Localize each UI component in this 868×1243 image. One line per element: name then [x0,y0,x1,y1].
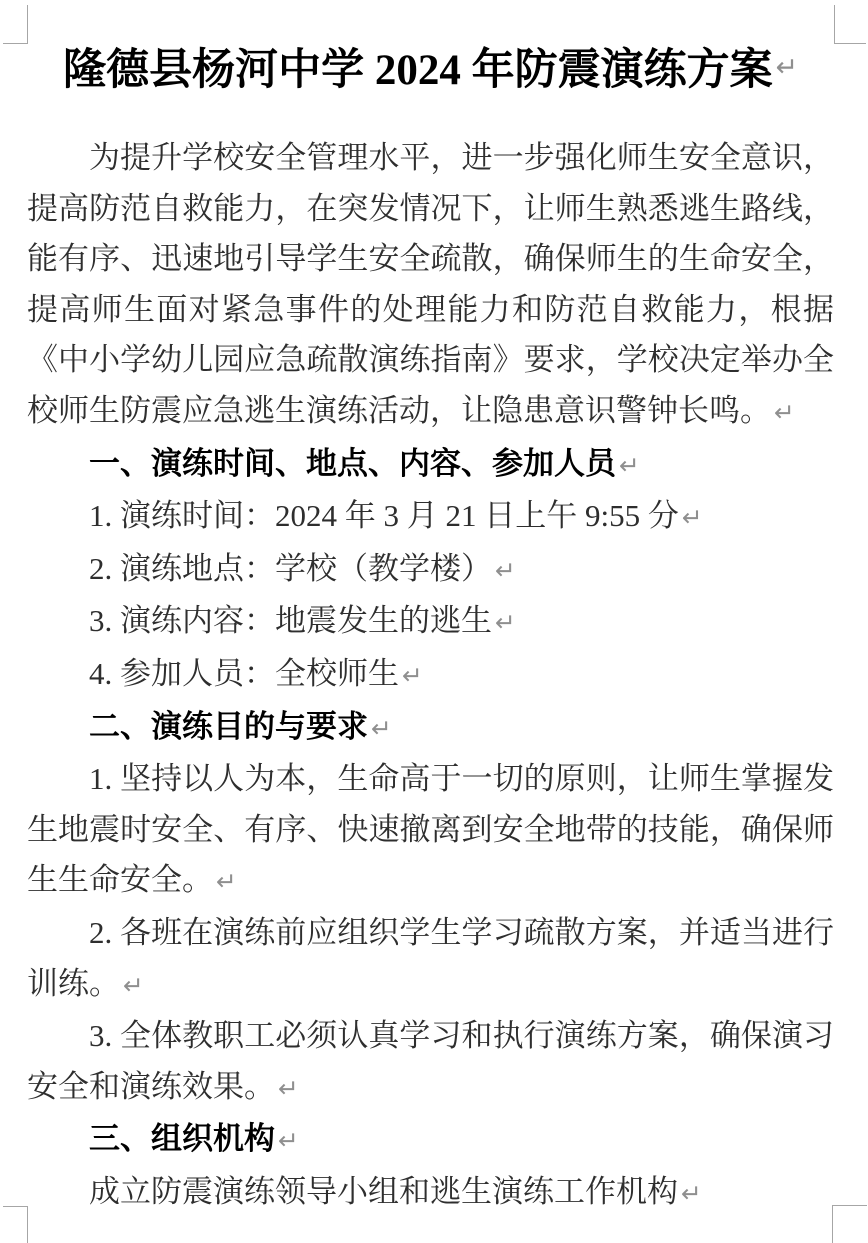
paragraph: 1. 演练时间：2024 年 3 月 21 日上午 9:55 分↵ [27,491,834,544]
document-paragraphs: 为提升学校安全管理水平，进一步强化师生安全意识，提高防范自救能力，在突发情况下，… [27,133,834,1219]
paragraph-text: 4. 参加人员：全校师生 [89,656,399,691]
paragraph-mark-icon: ↵ [774,388,795,439]
paragraph-text: 三、组织机构 [89,1121,275,1156]
margin-crop-mark-bottom-right [832,1205,867,1243]
paragraph-text: 1. 坚持以人为本，生命高于一切的原则，让师生掌握发生地震时安全、有序、快速撤离… [27,761,834,897]
paragraph-text: 为提升学校安全管理水平，进一步强化师生安全意识，提高防范自救能力，在突发情况下，… [27,140,834,428]
document-content: 隆德县杨河中学 2024 年防震演练方案↵ 为提升学校安全管理水平，进一步强化师… [27,36,834,1219]
paragraph-mark-icon: ↵ [123,961,144,1012]
section-heading: 三、组织机构↵ [27,1114,834,1167]
paragraph-text: 一、演练时间、地点、内容、参加人员 [89,446,616,481]
paragraph: 2. 各班在演练前应组织学生学习疏散方案，并适当进行训练。↵ [27,908,834,1011]
paragraph: 为提升学校安全管理水平，进一步强化师生安全意识，提高防范自救能力，在突发情况下，… [27,133,834,439]
paragraph: 4. 参加人员：全校师生↵ [27,649,834,702]
paragraph-mark-icon: ↵ [371,704,392,755]
paragraph-mark-icon: ↵ [776,36,798,100]
paragraph-text: 1. 演练时间：2024 年 3 月 21 日上午 9:55 分 [89,498,679,533]
paragraph-text: 3. 演练内容：地震发生的逃生 [89,603,492,638]
paragraph-mark-icon: ↵ [278,1116,299,1167]
paragraph-text: 3. 全体教职工必须认真学习和执行演练方案，确保演习安全和演练效果。 [27,1018,834,1104]
paragraph: 2. 演练地点：学校（教学楼）↵ [27,544,834,597]
document-page: 隆德县杨河中学 2024 年防震演练方案↵ 为提升学校安全管理水平，进一步强化师… [0,0,868,1243]
paragraph-text: 成立防震演练领导小组和逃生演练工作机构 [89,1174,678,1209]
paragraph-text: 2. 各班在演练前应组织学生学习疏散方案，并适当进行训练。 [27,915,834,1001]
paragraph-mark-icon: ↵ [682,493,703,544]
paragraph-mark-icon: ↵ [619,441,640,492]
paragraph: 成立防震演练领导小组和逃生演练工作机构↵ [27,1167,834,1220]
document-title-text: 隆德县杨河中学 2024 年防震演练方案 [63,47,773,94]
paragraph-mark-icon: ↵ [495,546,516,597]
paragraph-mark-icon: ↵ [495,598,516,649]
paragraph-mark-icon: ↵ [402,651,423,702]
margin-crop-mark-top-right [834,5,866,44]
paragraph: 3. 全体教职工必须认真学习和执行演练方案，确保演习安全和演练效果。↵ [27,1011,834,1114]
paragraph-mark-icon: ↵ [681,1169,702,1220]
section-heading: 一、演练时间、地点、内容、参加人员↵ [27,439,834,492]
paragraph-mark-icon: ↵ [216,857,237,908]
margin-crop-mark-top-left [3,5,28,44]
margin-crop-mark-bottom-left [3,1206,28,1243]
paragraph-text: 2. 演练地点：学校（教学楼） [89,551,492,586]
paragraph-text: 二、演练目的与要求 [89,709,368,744]
section-heading: 二、演练目的与要求↵ [27,702,834,755]
document-title: 隆德县杨河中学 2024 年防震演练方案↵ [27,36,834,103]
paragraph: 1. 坚持以人为本，生命高于一切的原则，让师生掌握发生地震时安全、有序、快速撤离… [27,754,834,908]
paragraph: 3. 演练内容：地震发生的逃生↵ [27,596,834,649]
paragraph-mark-icon: ↵ [278,1064,299,1115]
